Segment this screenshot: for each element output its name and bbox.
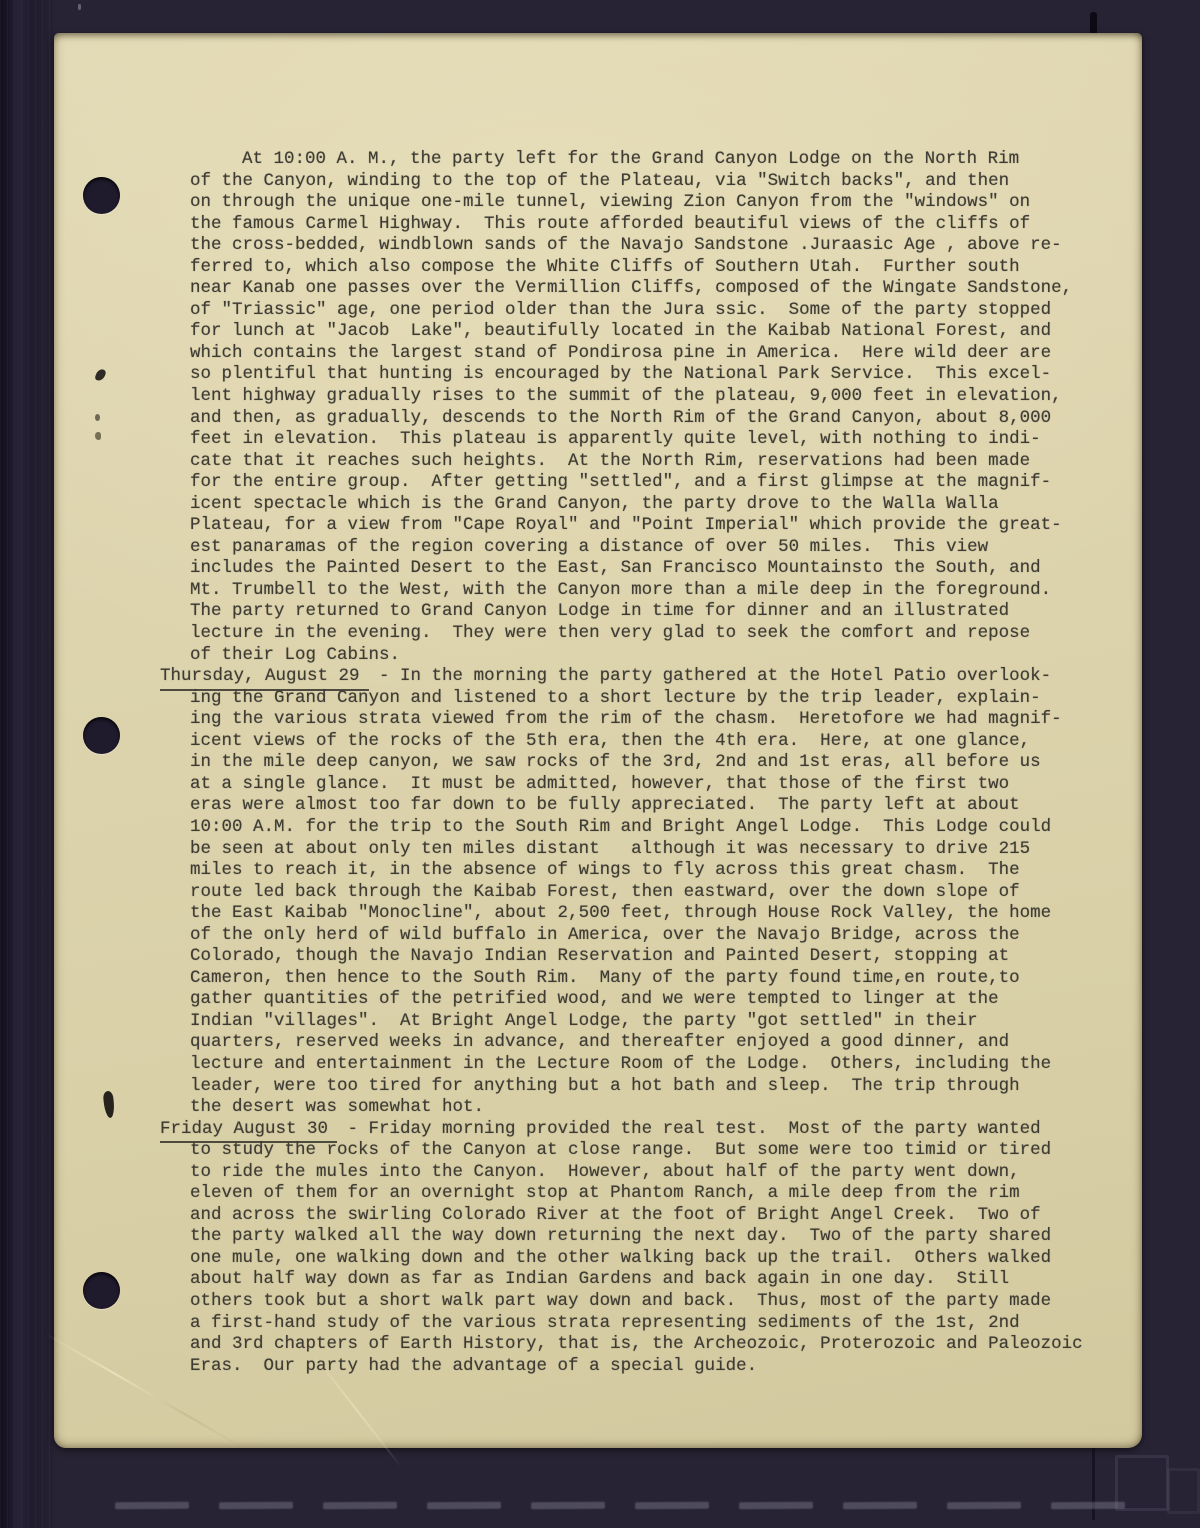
- text-line: route led back through the Kaibab Forest…: [190, 882, 1150, 904]
- text-line: ing the various strata viewed from the r…: [190, 709, 1150, 731]
- ink-blot: [103, 1091, 116, 1119]
- film-edge-dash: [323, 1502, 397, 1510]
- film-edge-dash: [635, 1502, 709, 1510]
- date-heading: Thursday, August 29: [160, 666, 369, 691]
- text-line: and then, as gradually, descends to the …: [190, 408, 1150, 430]
- text-line: gather quantities of the petrified wood,…: [190, 989, 1150, 1011]
- text-line: the cross-bedded, windblown sands of the…: [190, 235, 1150, 257]
- punch-hole-top: [83, 177, 120, 214]
- text-line: which contains the largest stand of Pond…: [190, 343, 1150, 365]
- film-edge-dash: [115, 1502, 189, 1510]
- text-line: of the Canyon, winding to the top of the…: [190, 171, 1150, 193]
- punch-hole-middle: [83, 717, 120, 754]
- text-line: the East Kaibab "Monocline", about 2,500…: [190, 903, 1150, 925]
- binder-spine: [0, 0, 54, 1528]
- text-line: of their Log Cabins.: [190, 645, 1150, 667]
- text-line: est panaramas of the region covering a d…: [190, 537, 1150, 559]
- embossed-cover-mark: [1167, 1468, 1200, 1514]
- text-line: be seen at about only ten miles distant …: [190, 839, 1150, 861]
- text-line: Colorado, though the Navajo Indian Reser…: [190, 946, 1150, 968]
- ink-mark: [95, 414, 100, 421]
- text-line: and 3rd chapters of Earth History, that …: [190, 1334, 1150, 1356]
- document-page: At 10:00 A. M., the party left for the G…: [54, 33, 1142, 1448]
- text-line: of "Triassic" age, one period older than…: [190, 300, 1150, 322]
- text-line: of the only herd of wild buffalo in Amer…: [190, 925, 1150, 947]
- text-line: icent spectacle which is the Grand Canyo…: [190, 494, 1150, 516]
- scan-artifact: [1092, 1448, 1095, 1520]
- text-line: and across the swirling Colorado River a…: [190, 1205, 1150, 1227]
- film-edge-dash: [843, 1502, 917, 1510]
- text-line: on through the unique one-mile tunnel, v…: [190, 192, 1150, 214]
- film-edge-dash: [219, 1502, 293, 1510]
- film-edge-dash: [739, 1502, 813, 1510]
- film-edge-dash: [427, 1502, 501, 1510]
- text-line: 10:00 A.M. for the trip to the South Rim…: [190, 817, 1150, 839]
- text-line: so plentiful that hunting is encouraged …: [190, 364, 1150, 386]
- text-line: for lunch at "Jacob Lake", beautifully l…: [190, 321, 1150, 343]
- text-line: a first-hand study of the various strata…: [190, 1313, 1150, 1335]
- text-line: the party walked all the way down return…: [190, 1226, 1150, 1248]
- scan-background: At 10:00 A. M., the party left for the G…: [0, 0, 1200, 1528]
- text-line: for the entire group. After getting "set…: [190, 472, 1150, 494]
- text-line: miles to reach it, in the absence of win…: [190, 860, 1150, 882]
- text-line: ing the Grand Canyon and listened to a s…: [190, 688, 1150, 710]
- text-line: lecture in the evening. They were then v…: [190, 623, 1150, 645]
- text-line: quarters, reserved weeks in advance, and…: [190, 1032, 1150, 1054]
- text-line: Thursday, August 29 - In the morning the…: [160, 666, 1150, 688]
- text-line: eras were almost too far down to be full…: [190, 795, 1150, 817]
- text-line: Indian "villages". At Bright Angel Lodge…: [190, 1011, 1150, 1033]
- text-line: eleven of them for an overnight stop at …: [190, 1183, 1150, 1205]
- text-line: to ride the mules into the Canyon. Howev…: [190, 1162, 1150, 1184]
- text-line: The party returned to Grand Canyon Lodge…: [190, 601, 1150, 623]
- text-line: lecture and entertainment in the Lecture…: [190, 1054, 1150, 1076]
- text-line: At 10:00 A. M., the party left for the G…: [190, 149, 1150, 171]
- text-line: near Kanab one passes over the Vermillio…: [190, 278, 1150, 300]
- dust-speck: [78, 4, 81, 10]
- text-line: Plateau, for a view from "Cape Royal" an…: [190, 515, 1150, 537]
- text-line: includes the Painted Desert to the East,…: [190, 558, 1150, 580]
- text-line: feet in elevation. This plateau is appar…: [190, 429, 1150, 451]
- text-line: about half way down as far as Indian Gar…: [190, 1269, 1150, 1291]
- typewritten-text: At 10:00 A. M., the party left for the G…: [190, 149, 1150, 1377]
- text-line: others took but a short walk part way do…: [190, 1291, 1150, 1313]
- text-line: one mule, one walking down and the other…: [190, 1248, 1150, 1270]
- text-line: lent highway gradually rises to the summ…: [190, 386, 1150, 408]
- film-edge-dash: [531, 1502, 605, 1510]
- text-line: Mt. Trumbell to the West, with the Canyo…: [190, 580, 1150, 602]
- ink-mark: [94, 368, 106, 382]
- text-line: at a single glance. It must be admitted,…: [190, 774, 1150, 796]
- text-line: in the mile deep canyon, we saw rocks of…: [190, 752, 1150, 774]
- text-line: leader, were too tired for anything but …: [190, 1076, 1150, 1098]
- text-line: Cameron, then hence to the South Rim. Ma…: [190, 968, 1150, 990]
- ink-mark: [95, 432, 101, 440]
- text-line: icent views of the rocks of the 5th era,…: [190, 731, 1150, 753]
- text-line: the famous Carmel Highway. This route af…: [190, 214, 1150, 236]
- text-line: ferred to, which also compose the White …: [190, 257, 1150, 279]
- film-edge-dash: [1051, 1502, 1125, 1510]
- film-edge-dash: [947, 1502, 1021, 1510]
- text-line: Eras. Our party had the advantage of a s…: [190, 1356, 1150, 1378]
- text-line: to study the rocks of the Canyon at clos…: [190, 1140, 1150, 1162]
- punch-hole-bottom: [83, 1272, 120, 1309]
- text-line: cate that it reaches such heights. At th…: [190, 451, 1150, 473]
- text-line: Friday August 30 - Friday morning provid…: [160, 1119, 1150, 1141]
- text-line: the desert was somewhat hot.: [190, 1097, 1150, 1119]
